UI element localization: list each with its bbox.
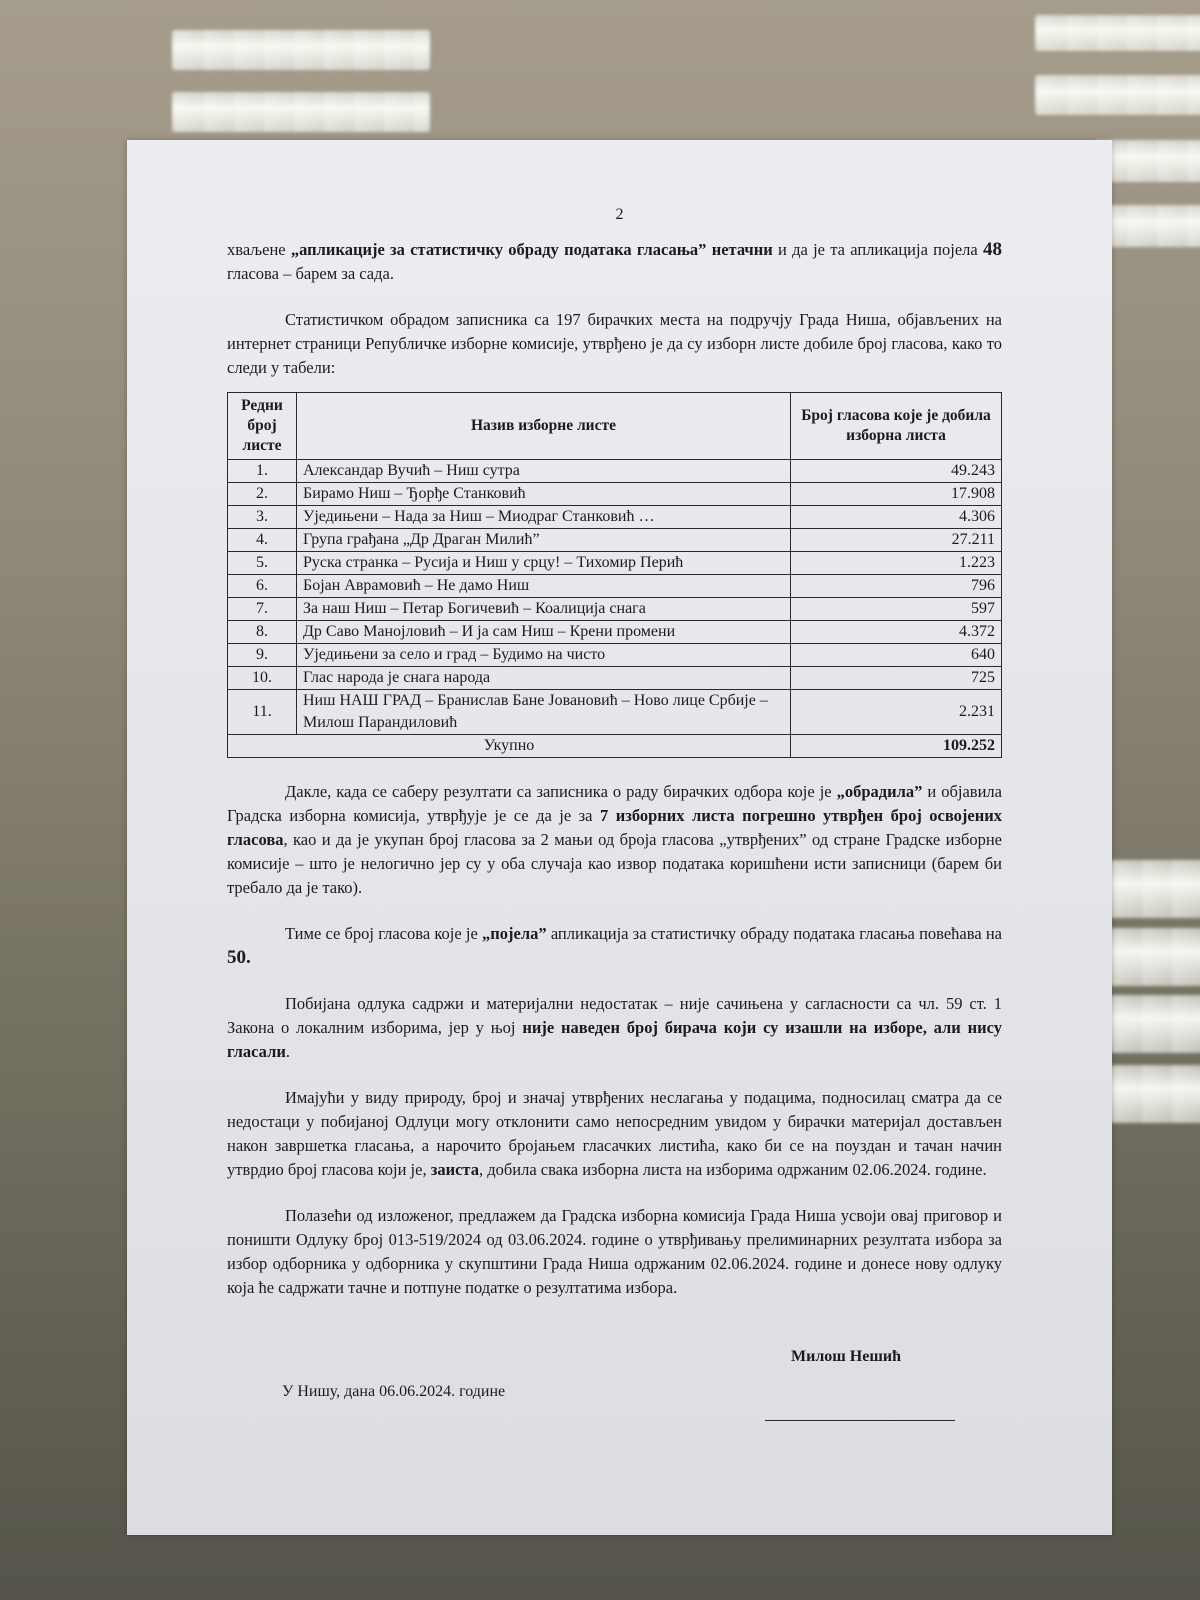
table-row: 11.Ниш НАШ ГРАД – Бранислав Бане Јованов… [228, 690, 1002, 735]
table-row: 2.Бирамо Ниш – Ђорђе Станковић17.908 [228, 483, 1002, 506]
row-number: 6. [228, 575, 297, 598]
row-list-name: Бирамо Ниш – Ђорђе Станковић [297, 483, 791, 506]
header-list-name: Назив изборне листе [297, 393, 791, 460]
table-row: 10.Глас народа је снага народа725 [228, 667, 1002, 690]
window-reflection [1110, 995, 1200, 1053]
paragraph-inspection-request: Имајући у виду природу, број и значај ут… [227, 1086, 1002, 1182]
row-votes: 49.243 [791, 460, 1002, 483]
results-table: Редни број листе Назив изборне листе Бро… [227, 392, 1002, 758]
row-votes: 4.372 [791, 621, 1002, 644]
paragraph-vote-increase: Тиме се број гласова које је „појела” ап… [227, 922, 1002, 970]
window-reflection [1110, 1065, 1200, 1123]
row-votes: 4.306 [791, 506, 1002, 529]
window-reflection [1035, 15, 1200, 51]
header-list-number: Редни број листе [228, 393, 297, 460]
total-label: Укупно [228, 735, 791, 758]
row-list-name: Глас народа је снага народа [297, 667, 791, 690]
window-reflection [172, 30, 430, 70]
paragraph-statistical-processing: Статистичком обрадом записника са 197 би… [227, 308, 1002, 380]
row-list-name: За наш Ниш – Петар Богичевић – Коалиција… [297, 598, 791, 621]
table-row: 3.Уједињени – Нада за Ниш – Миодраг Стан… [228, 506, 1002, 529]
table-row: 4.Група грађана „Др Драган Милић”27.211 [228, 529, 1002, 552]
row-votes: 796 [791, 575, 1002, 598]
row-votes: 725 [791, 667, 1002, 690]
header-votes: Број гласова које је добила изборна лист… [791, 393, 1002, 460]
row-list-name: Руска странка – Русија и Ниш у срцу! – Т… [297, 552, 791, 575]
row-list-name: Уједињени – Нада за Ниш – Миодраг Станко… [297, 506, 791, 529]
page-number: 2 [127, 203, 1112, 227]
row-number: 3. [228, 506, 297, 529]
total-votes: 109.252 [791, 735, 1002, 758]
row-list-name: Ниш НАШ ГРАД – Бранислав Бане Јовановић … [297, 690, 791, 735]
table-row: 1.Александар Вучић – Ниш сутра49.243 [228, 460, 1002, 483]
row-number: 4. [228, 529, 297, 552]
row-votes: 597 [791, 598, 1002, 621]
paragraph-material-defect: Побијана одлука садржи и материјални нед… [227, 992, 1002, 1064]
place-date: У Нишу, дана 06.06.2024. године [282, 1380, 505, 1404]
paragraph-proposal: Полазећи од изложеног, предлажем да Град… [227, 1204, 1002, 1300]
row-number: 7. [228, 598, 297, 621]
window-reflection [172, 92, 430, 132]
row-list-name: Александар Вучић – Ниш сутра [297, 460, 791, 483]
row-list-name: Група грађана „Др Драган Милић” [297, 529, 791, 552]
signatory-name: Милош Нешић [791, 1345, 901, 1369]
row-votes: 2.231 [791, 690, 1002, 735]
row-list-name: Уједињени за село и град – Будимо на чис… [297, 644, 791, 667]
row-votes: 17.908 [791, 483, 1002, 506]
row-list-name: Бојан Аврамовић – Не дамо Ниш [297, 575, 791, 598]
row-number: 1. [228, 460, 297, 483]
table-row: 8.Др Саво Манојловић – И ја сам Ниш – Кр… [228, 621, 1002, 644]
row-number: 2. [228, 483, 297, 506]
row-votes: 640 [791, 644, 1002, 667]
table-row: 9.Уједињени за село и град – Будимо на ч… [228, 644, 1002, 667]
window-reflection [1035, 75, 1200, 115]
row-number: 9. [228, 644, 297, 667]
table-row: 5.Руска странка – Русија и Ниш у срцу! –… [228, 552, 1002, 575]
table-row: 6.Бојан Аврамовић – Не дамо Ниш796 [228, 575, 1002, 598]
paragraph-app-ate-votes: хваљене „апликације за статистичку обрад… [227, 238, 1002, 286]
row-votes: 27.211 [791, 529, 1002, 552]
table-header-row: Редни број листе Назив изборне листе Бро… [228, 393, 1002, 460]
table-row: 7.За наш Ниш – Петар Богичевић – Коалици… [228, 598, 1002, 621]
row-votes: 1.223 [791, 552, 1002, 575]
paragraph-summary: Дакле, када се саберу резултати са запис… [227, 780, 1002, 900]
row-number: 11. [228, 690, 297, 735]
signature-line [765, 1420, 955, 1421]
window-reflection [1110, 860, 1200, 918]
table-total-row: Укупно 109.252 [228, 735, 1002, 758]
row-list-name: Др Саво Манојловић – И ја сам Ниш – Крен… [297, 621, 791, 644]
row-number: 10. [228, 667, 297, 690]
document-page: 2 хваљене „апликације за статистичку обр… [127, 140, 1112, 1535]
row-number: 8. [228, 621, 297, 644]
window-reflection [1110, 928, 1200, 986]
document-body: хваљене „апликације за статистичку обрад… [227, 238, 1002, 1300]
row-number: 5. [228, 552, 297, 575]
